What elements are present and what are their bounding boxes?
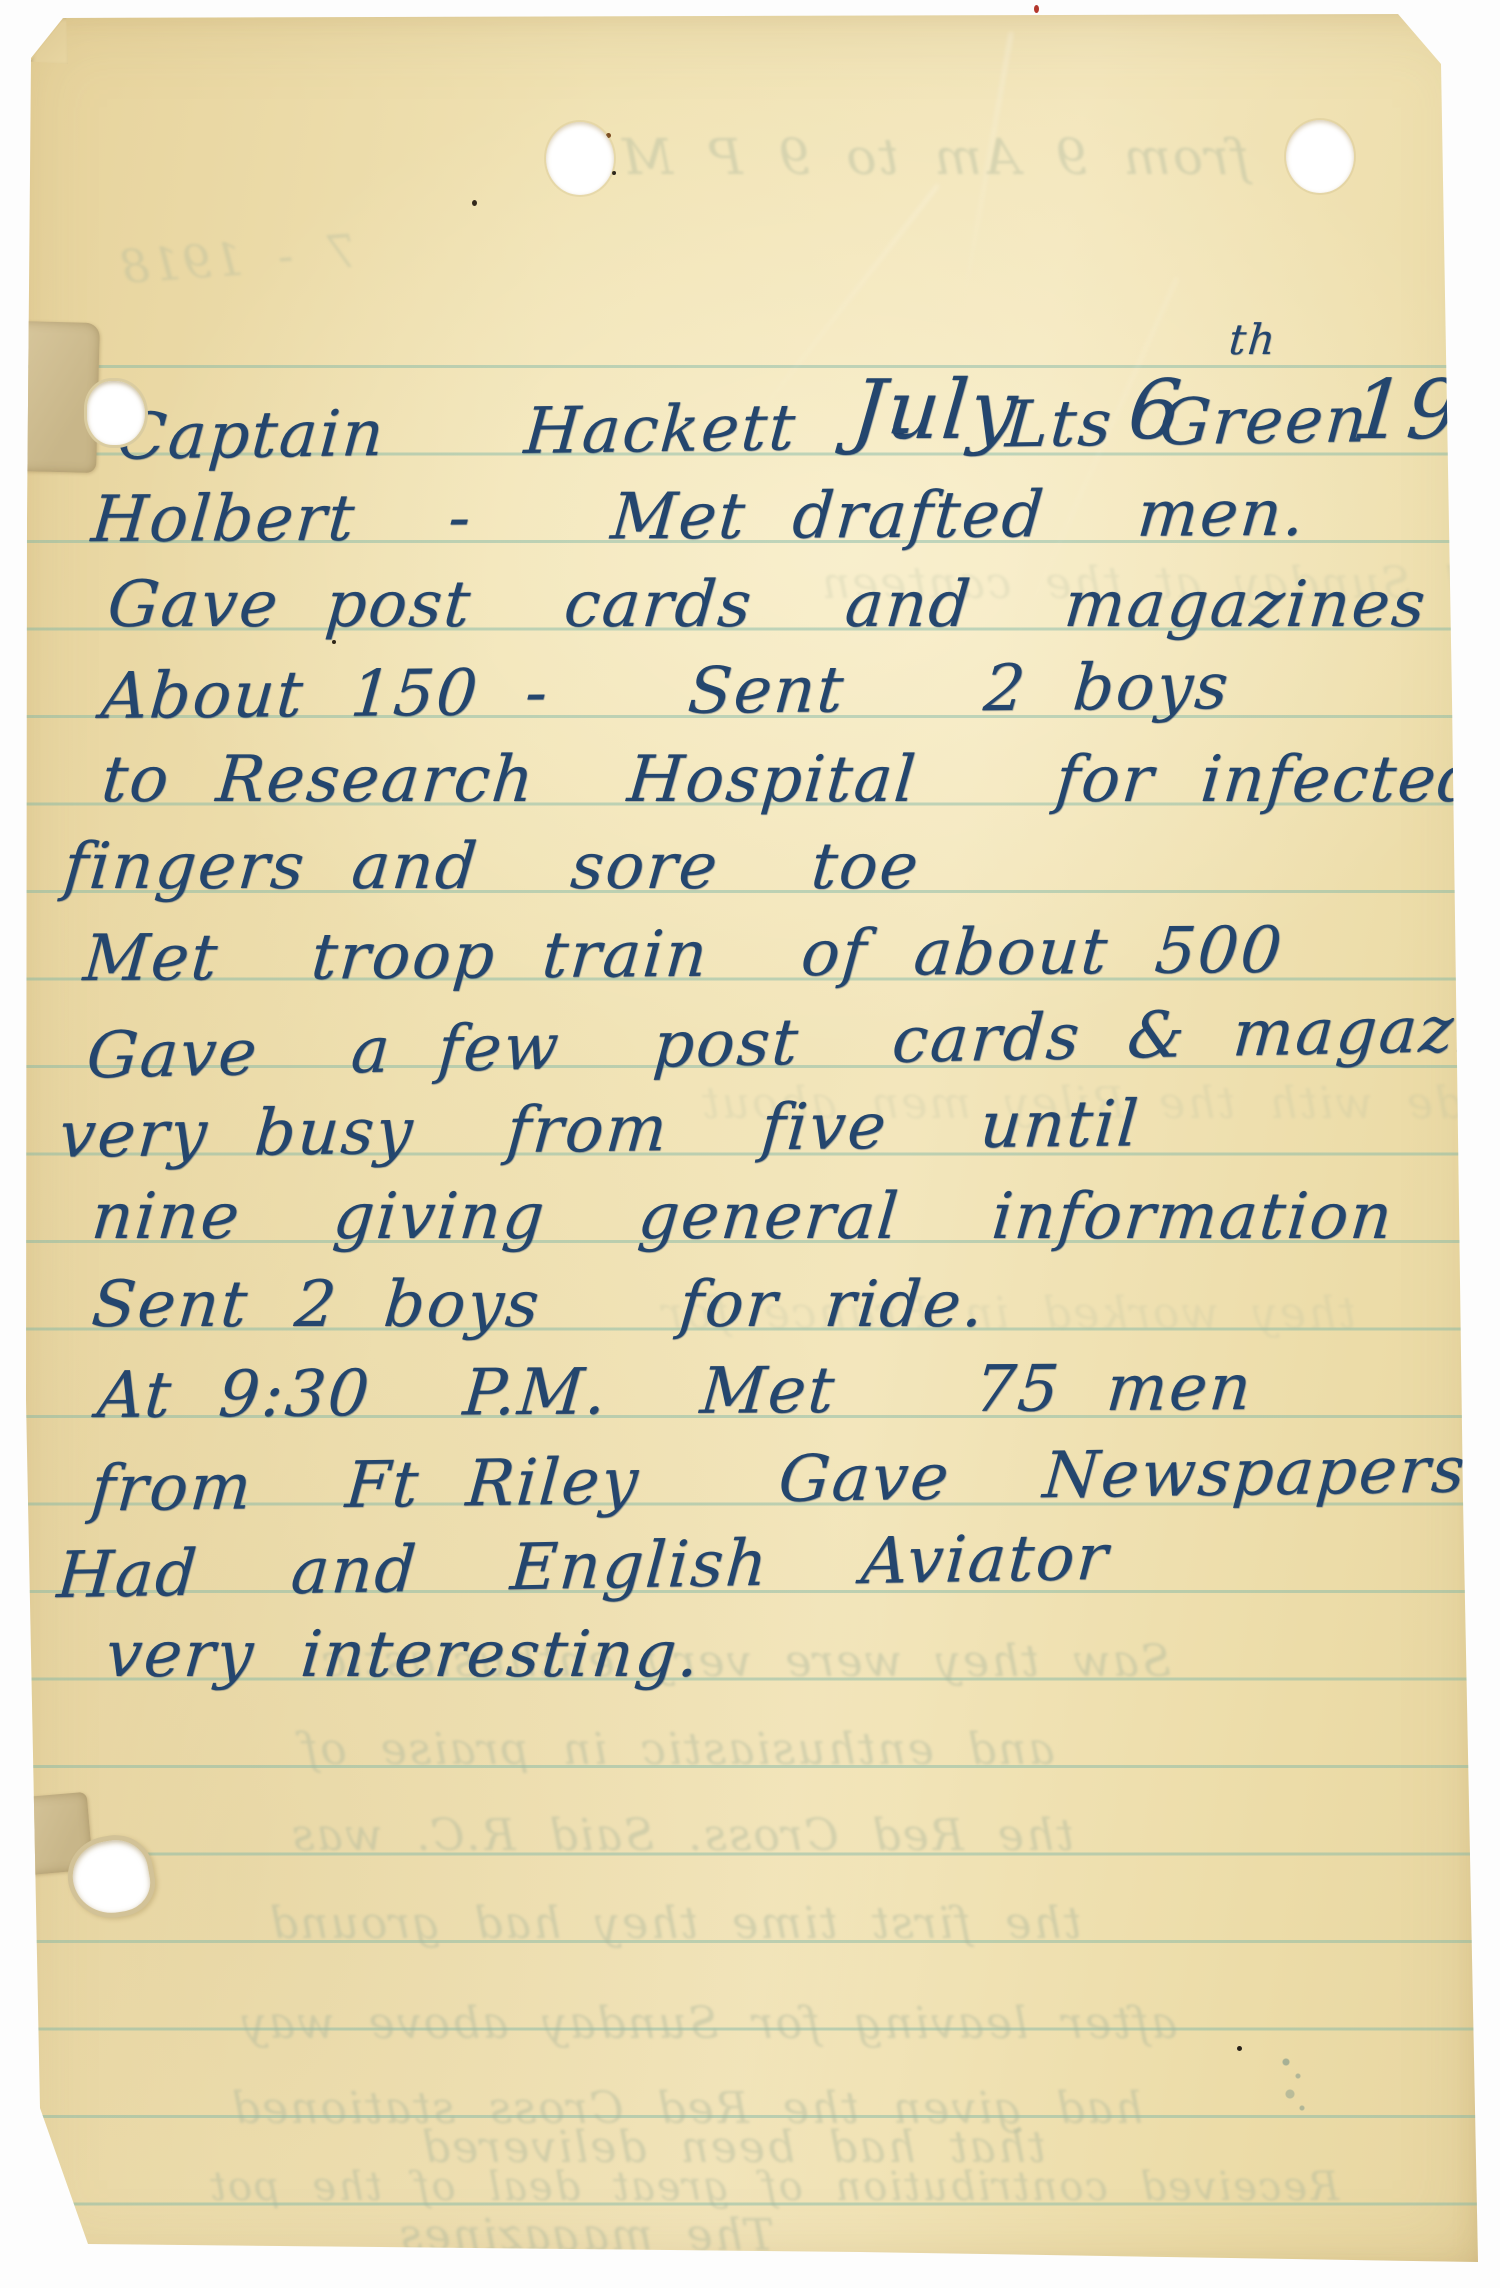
bleed-through-text: 7 - 1918: [116, 224, 358, 295]
entry-date-year: 1918 -: [1349, 363, 1500, 458]
handwriting-line: Holbert - Met drafted men.: [89, 477, 1309, 557]
handwriting-line: nine giving general information: [89, 1180, 1397, 1254]
punch-hole-left-upper: [84, 378, 148, 448]
bleed-through-text: the first time they had ground: [268, 1898, 1081, 1949]
paper-speck: [612, 171, 616, 175]
notebook-page: from 9 Am to 9 P M 7 - 1918 Saw they wer…: [0, 0, 1500, 2288]
punch-hole-top-right: [1286, 120, 1354, 193]
bleed-through-text: The magazines: [398, 2210, 774, 2261]
paper-speck: [1237, 2046, 1242, 2051]
handwriting-line: Sent 2 boys for ride.: [89, 1268, 988, 1342]
handwriting-line: At 9:30 P.M. Met 75 men: [95, 1351, 1256, 1433]
bleed-through-text: after leaving for Sunday above way: [240, 1998, 1177, 2049]
bleed-through-text: and enthusiastic in praise of: [300, 1724, 1055, 1775]
dog-ear-fold: [30, 16, 68, 64]
handwriting-line: to Research Hospital for infected: [99, 743, 1484, 817]
bleed-through-text: Received contribution of great deal of t…: [208, 2164, 1339, 2210]
bleed-through-text: the Red Cross. Said R.C. was: [290, 1810, 1074, 1861]
paper-speck: [332, 640, 336, 644]
scan-background: from 9 Am to 9 P M 7 - 1918 Saw they wer…: [0, 0, 1500, 2288]
punch-hole-top-left: [546, 122, 614, 195]
bleed-through-text: from 9 Am to 9 P M: [620, 128, 1249, 186]
entry-date-ordinal: th: [1227, 315, 1279, 364]
handwriting-line: Met troop train of about 500: [81, 914, 1287, 996]
scan-speck: [1034, 5, 1039, 13]
paper-speck: [472, 200, 477, 206]
handwriting-line: Gave post cards and magazines: [105, 568, 1430, 642]
handwriting-line: About 150 - Sent 2 boys: [99, 650, 1233, 734]
handwriting-line: very busy from five until: [57, 1087, 1143, 1172]
handwriting-line: very interesting.: [103, 1618, 704, 1692]
handwriting-line: fingers and sore toe: [61, 830, 923, 904]
ink-smudge: [1278, 2052, 1312, 2118]
